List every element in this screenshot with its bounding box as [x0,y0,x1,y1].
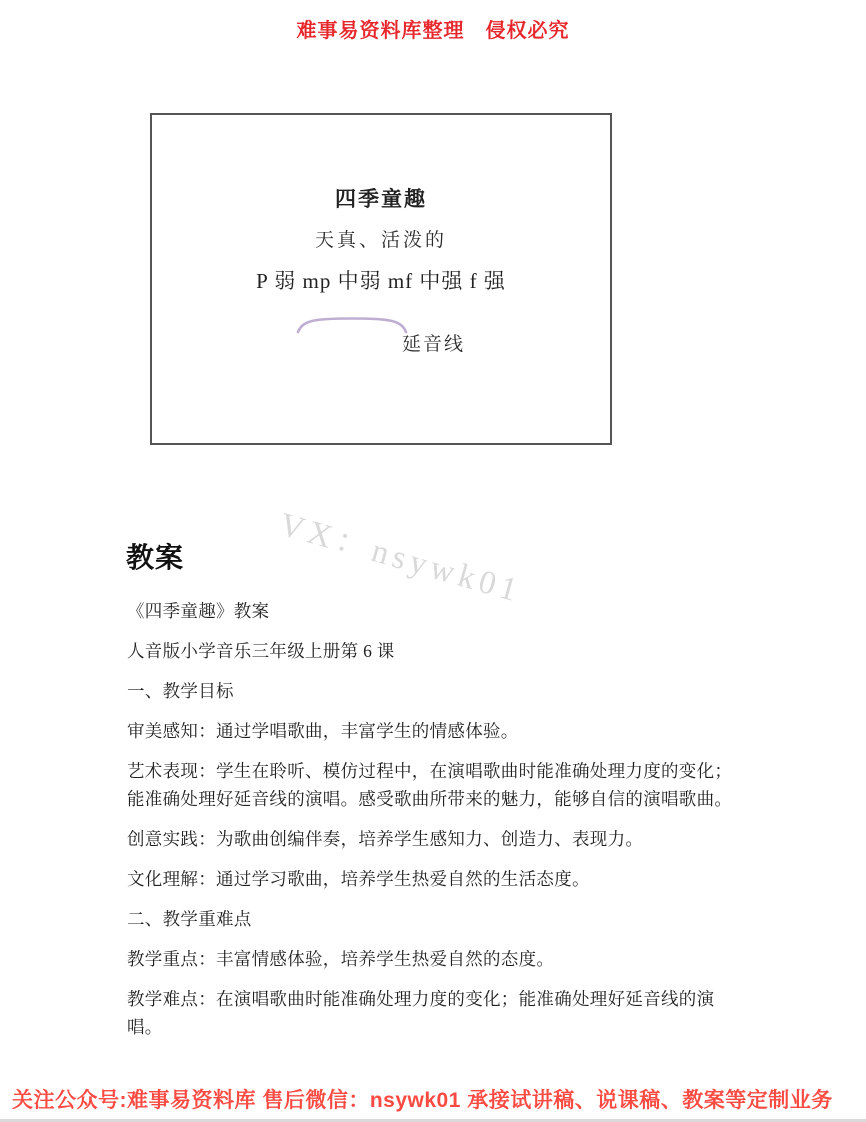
paragraph-teaching-focus: 教学重点：丰富情感体验，培养学生热爱自然的态度。 [127,945,745,973]
music-score-box: 四季童趣 天真、活泼的 P 弱 mp 中弱 mf 中强 f 强 延音线 [150,113,612,445]
lesson-plan-heading: 教案 [126,536,184,576]
document-page: 难事易资料库整理 侵权必究 四季童趣 天真、活泼的 P 弱 mp 中弱 mf 中… [0,0,866,1122]
lesson-plan-body: 《四季童趣》教案 人音版小学音乐三年级上册第 6 课 一、教学目标 审美感知：通… [127,597,745,1053]
paragraph-creative-practice: 创意实践：为歌曲创编伴奏，培养学生感知力、创造力、表现力。 [127,825,745,853]
paragraph-section-1-heading: 一、教学目标 [127,677,745,705]
paragraph-aesthetic-perception: 审美感知：通过学唱歌曲，丰富学生的情感体验。 [127,717,745,745]
paragraph-teaching-difficulty: 教学难点：在演唱歌曲时能准确处理力度的变化；能准确处理好延音线的演唱。 [127,985,745,1041]
song-mood-label: 天真、活泼的 [152,225,610,252]
paragraph-cultural-understanding: 文化理解：通过学习歌曲，培养学生热爱自然的生活态度。 [127,865,745,893]
diagonal-watermark: VX：nsywk01 [275,498,528,612]
paragraph-lesson-title: 《四季童趣》教案 [127,597,745,625]
promo-footer: 关注公众号:难事易资料库 售后微信：nsywk01 承接试讲稿、说课稿、教案等定… [12,1084,862,1114]
tie-curve-icon [295,315,409,335]
paragraph-textbook-info: 人音版小学音乐三年级上册第 6 课 [127,637,745,665]
copyright-header: 难事易资料库整理 侵权必究 [0,14,866,43]
dynamics-markings-line: P 弱 mp 中弱 mf 中强 f 强 [152,265,610,295]
song-title: 四季童趣 [152,183,610,213]
tie-line-label: 延音线 [402,329,465,356]
paragraph-artistic-expression: 艺术表现：学生在聆听、模仿过程中，在演唱歌曲时能准确处理力度的变化；能准确处理好… [127,757,745,813]
paragraph-section-2-heading: 二、教学重难点 [127,905,745,933]
tie-curve-path [298,319,406,333]
